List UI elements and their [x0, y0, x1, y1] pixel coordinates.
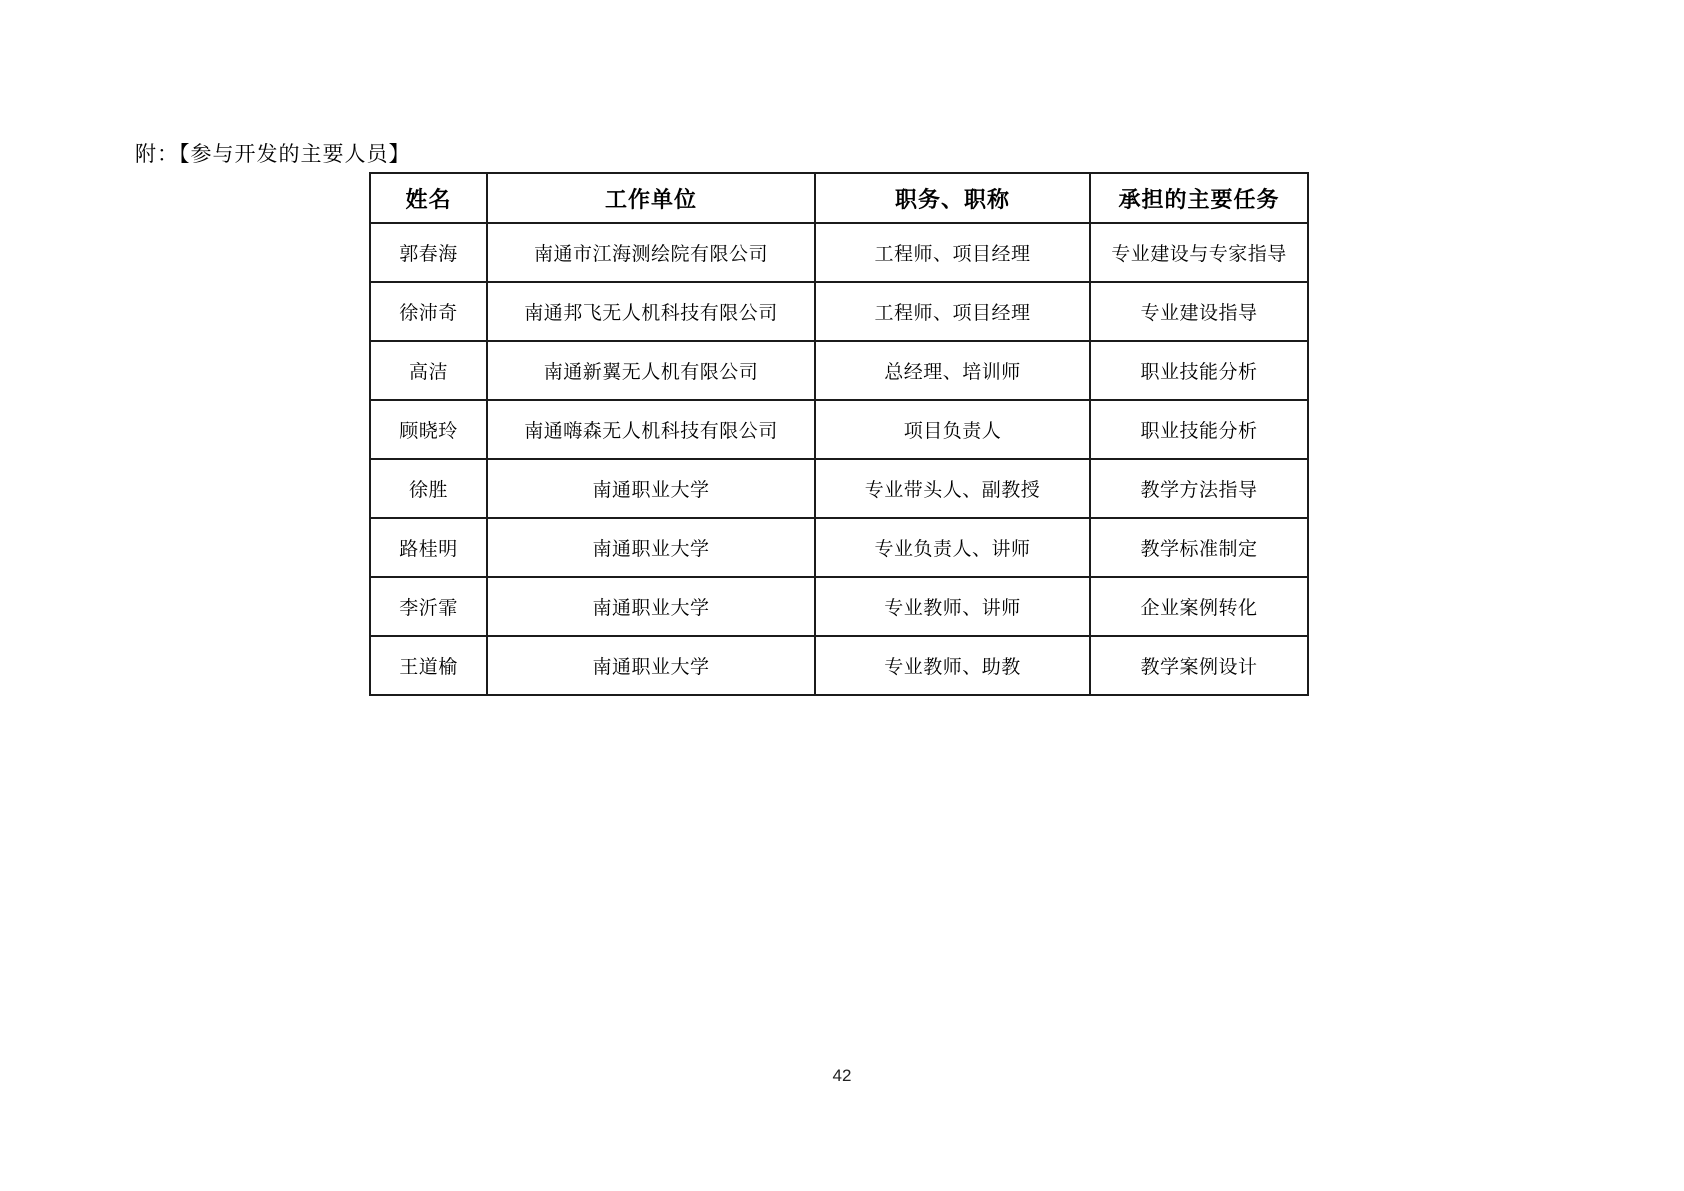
table-body: 郭春海南通市江海测绘院有限公司工程师、项目经理专业建设与专家指导徐沛奇南通邦飞无… [370, 223, 1308, 695]
table-cell: 教学方法指导 [1090, 459, 1308, 518]
attachment-title: 附：【参与开发的主要人员】 [135, 138, 411, 168]
table-row: 徐沛奇南通邦飞无人机科技有限公司工程师、项目经理专业建设指导 [370, 282, 1308, 341]
table-cell: 南通职业大学 [487, 636, 815, 695]
table-cell: 教学案例设计 [1090, 636, 1308, 695]
table-cell: 李沂霏 [370, 577, 487, 636]
table-row: 徐胜南通职业大学专业带头人、副教授教学方法指导 [370, 459, 1308, 518]
table-cell: 南通邦飞无人机科技有限公司 [487, 282, 815, 341]
table-cell: 专业负责人、讲师 [815, 518, 1090, 577]
table-cell: 南通新翼无人机有限公司 [487, 341, 815, 400]
table-row: 王道榆南通职业大学专业教师、助教教学案例设计 [370, 636, 1308, 695]
table-cell: 专业建设指导 [1090, 282, 1308, 341]
table-cell: 职业技能分析 [1090, 341, 1308, 400]
table-row: 路桂明南通职业大学专业负责人、讲师教学标准制定 [370, 518, 1308, 577]
table-cell: 高洁 [370, 341, 487, 400]
table-cell: 顾晓玲 [370, 400, 487, 459]
table-header-cell: 姓名 [370, 173, 487, 223]
table-header-row: 姓名工作单位职务、职称承担的主要任务 [370, 173, 1308, 223]
table-cell: 专业教师、助教 [815, 636, 1090, 695]
table-cell: 南通职业大学 [487, 459, 815, 518]
table-cell: 南通职业大学 [487, 577, 815, 636]
table-cell: 徐胜 [370, 459, 487, 518]
table-row: 李沂霏南通职业大学专业教师、讲师企业案例转化 [370, 577, 1308, 636]
table-cell: 工程师、项目经理 [815, 223, 1090, 282]
table-cell: 企业案例转化 [1090, 577, 1308, 636]
table-cell: 专业建设与专家指导 [1090, 223, 1308, 282]
table-cell: 南通市江海测绘院有限公司 [487, 223, 815, 282]
table-cell: 徐沛奇 [370, 282, 487, 341]
page-number: 42 [0, 1066, 1684, 1086]
table-cell: 郭春海 [370, 223, 487, 282]
table-cell: 南通职业大学 [487, 518, 815, 577]
table-cell: 项目负责人 [815, 400, 1090, 459]
table-cell: 总经理、培训师 [815, 341, 1090, 400]
table-header-cell: 承担的主要任务 [1090, 173, 1308, 223]
table-cell: 专业带头人、副教授 [815, 459, 1090, 518]
table-cell: 南通嗨森无人机科技有限公司 [487, 400, 815, 459]
table-cell: 专业教师、讲师 [815, 577, 1090, 636]
table-cell: 王道榆 [370, 636, 487, 695]
table-cell: 工程师、项目经理 [815, 282, 1090, 341]
personnel-table: 姓名工作单位职务、职称承担的主要任务 郭春海南通市江海测绘院有限公司工程师、项目… [369, 172, 1309, 696]
table-header-cell: 工作单位 [487, 173, 815, 223]
table-row: 郭春海南通市江海测绘院有限公司工程师、项目经理专业建设与专家指导 [370, 223, 1308, 282]
table-cell: 教学标准制定 [1090, 518, 1308, 577]
table-row: 顾晓玲南通嗨森无人机科技有限公司项目负责人职业技能分析 [370, 400, 1308, 459]
table-row: 高洁南通新翼无人机有限公司总经理、培训师职业技能分析 [370, 341, 1308, 400]
table-cell: 路桂明 [370, 518, 487, 577]
table-cell: 职业技能分析 [1090, 400, 1308, 459]
table-header-cell: 职务、职称 [815, 173, 1090, 223]
